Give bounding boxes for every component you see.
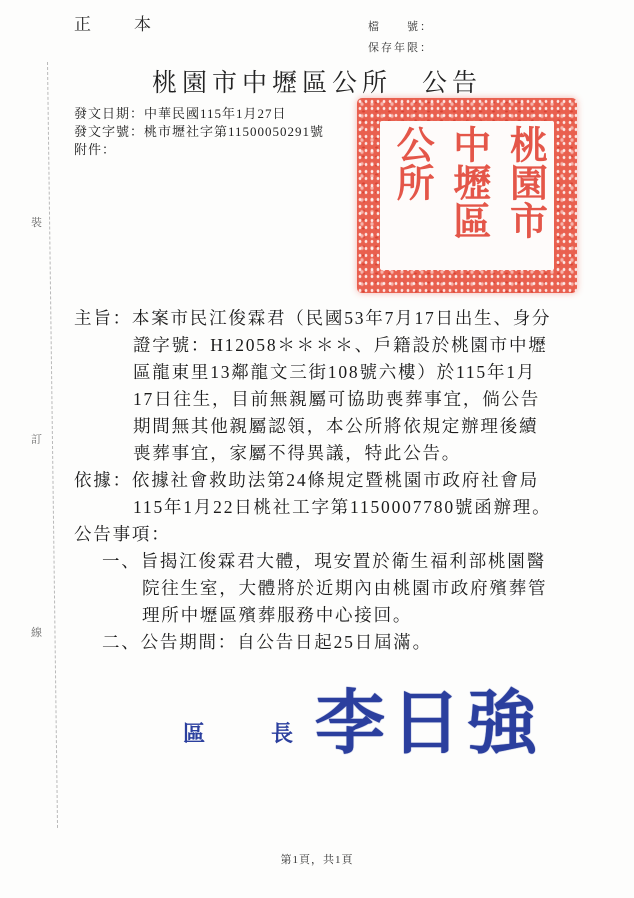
subject-paragraph: 主旨：本案市民江俊霖君（民國53年7月17日出生、身分證字號：H12058＊＊＊… [74,305,556,467]
file-number-label: 檔 號： [368,17,433,38]
basis-paragraph: 依據：依據社會救助法第24條規定暨桃園市政府社會局115年1月22日桃社工字第1… [74,467,556,521]
binding-mark-xian: 線 [31,624,42,640]
subject-text: 本案市民江俊霖君（民國53年7月17日出生、身分證字號：H12058＊＊＊＊、戶… [132,308,551,463]
page-title: 桃園市中壢區公所 公告 [0,63,634,99]
issue-date-label: 發文日期： [74,106,144,121]
list-item: 一、旨揭江俊霖君大體，現安置於衛生福利部桃園醫院往生室，大體將於近期內由桃園市政… [102,548,556,629]
subject-label: 主旨： [74,308,132,328]
binding-mark-zhuang: 裝 [31,214,42,230]
document-body: 主旨：本案市民江俊霖君（民國53年7月17日出生、身分證字號：H12058＊＊＊… [74,305,556,656]
announcement-document: 正 本 檔 號： 保存年限： 桃園市中壢區公所 公告 發文日期：中華民國115年… [0,0,634,898]
official-red-seal: 桃園市 中壢區 公所 [357,98,577,293]
issue-date-value: 中華民國115年1月27日 [144,106,287,121]
retention-period-label: 保存年限： [368,38,433,59]
basis-text: 依據社會救助法第24條規定暨桃園市政府社會局115年1月22日桃社工字第1150… [132,470,552,517]
doc-number-line: 發文字號：桃市壢社字第11500050291號 [74,123,324,141]
copy-type-label: 正 本 [74,10,164,35]
attachment-label: 附件： [74,142,116,157]
issue-date-line: 發文日期：中華民國115年1月27日 [74,105,324,123]
attachment-line: 附件： [74,141,324,159]
item-number: 一、 [102,551,141,571]
item-text: 旨揭江俊霖君大體，現安置於衛生福利部桃園醫院往生室，大體將於近期內由桃園市政府殯… [141,551,548,625]
matters-heading: 公告事項： [74,521,556,548]
seal-column-left: 公所 [388,125,434,201]
mayor-signature-stamp: 區 長 李日強 [183,690,543,760]
mayor-title: 區 長 [183,717,315,748]
item-text: 公告期間：自公告日起25日屆滿。 [141,632,432,652]
item-number: 二、 [102,632,141,652]
doc-number-value: 桃市壢社字第11500050291號 [144,124,324,139]
matters-label: 公告事項： [74,524,171,544]
announcement-items: 一、旨揭江俊霖君大體，現安置於衛生福利部桃園醫院往生室，大體將於近期內由桃園市政… [102,548,556,656]
seal-column-middle: 中壢區 [444,125,490,239]
archive-block: 檔 號： 保存年限： [368,17,433,59]
meta-block: 發文日期：中華民國115年1月27日 發文字號：桃市壢社字第1150005029… [74,105,324,159]
binding-mark-ding: 訂 [31,431,42,447]
seal-column-right: 桃園市 [501,125,547,239]
binding-dashed-line [47,62,58,828]
doc-number-label: 發文字號： [74,124,144,139]
list-item: 二、公告期間：自公告日起25日屆滿。 [102,629,556,656]
seal-inner-face: 桃園市 中壢區 公所 [380,121,554,270]
basis-label: 依據： [74,470,132,490]
page-number-footer: 第1頁，共1頁 [0,851,634,867]
mayor-name-signature: 李日強 [315,690,543,760]
